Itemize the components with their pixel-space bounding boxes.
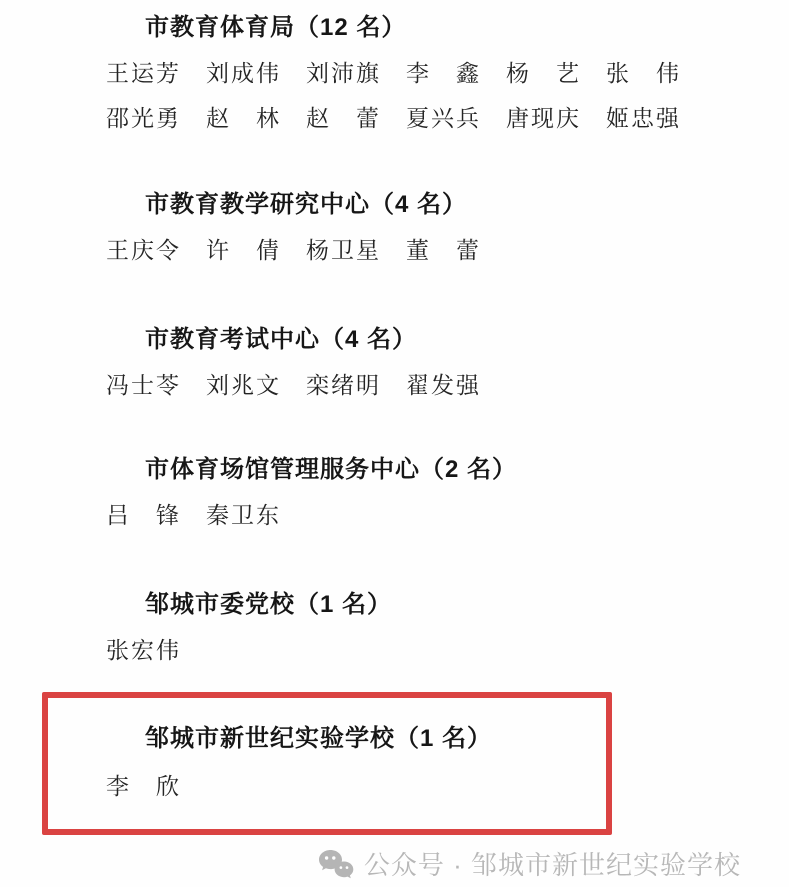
name-row: 邵光勇 赵 林 赵 蕾 夏兴兵 唐现庆 姬忠强 [0,104,789,134]
section-teaching-research-center: 市教育教学研究中心（4 名） 王庆令 许 倩 杨卫星 董 蕾 [0,190,789,266]
section-sports-venue-center: 市体育场馆管理服务中心（2 名） 吕 锋 秦卫东 [0,455,789,531]
highlight-box-new-century-school: 邹城市新世纪实验学校（1 名） 李 欣 [42,692,612,835]
footer-text: 公众号 · 邹城市新世纪实验学校 [364,849,741,881]
name-row: 王庆令 许 倩 杨卫星 董 蕾 [0,236,789,266]
name-row: 冯士苓 刘兆文 栾绪明 翟发强 [0,371,789,401]
footer-watermark: 公众号 · 邹城市新世纪实验学校 [0,849,789,881]
section-title: 邹城市新世纪实验学校（1 名） [48,724,606,754]
section-party-school: 邹城市委党校（1 名） 张宏伟 [0,590,789,666]
section-title: 市教育考试中心（4 名） [0,325,789,355]
section-title: 市教育体育局（12 名） [0,13,789,43]
section-title: 邹城市委党校（1 名） [0,590,789,620]
name-row: 李 欣 [48,772,606,802]
name-row: 张宏伟 [0,636,789,666]
name-row: 王运芳 刘成伟 刘沛旗 李 鑫 杨 艺 张 伟 [0,59,789,89]
name-row: 吕 锋 秦卫东 [0,501,789,531]
wechat-icon [318,849,354,881]
section-title: 市体育场馆管理服务中心（2 名） [0,455,789,485]
section-title: 市教育教学研究中心（4 名） [0,190,789,220]
section-education-exam-center: 市教育考试中心（4 名） 冯士苓 刘兆文 栾绪明 翟发强 [0,325,789,401]
section-education-sports-bureau: 市教育体育局（12 名） 王运芳 刘成伟 刘沛旗 李 鑫 杨 艺 张 伟 邵光勇… [0,0,789,134]
document-page: 市教育体育局（12 名） 王运芳 刘成伟 刘沛旗 李 鑫 杨 艺 张 伟 邵光勇… [0,0,789,887]
